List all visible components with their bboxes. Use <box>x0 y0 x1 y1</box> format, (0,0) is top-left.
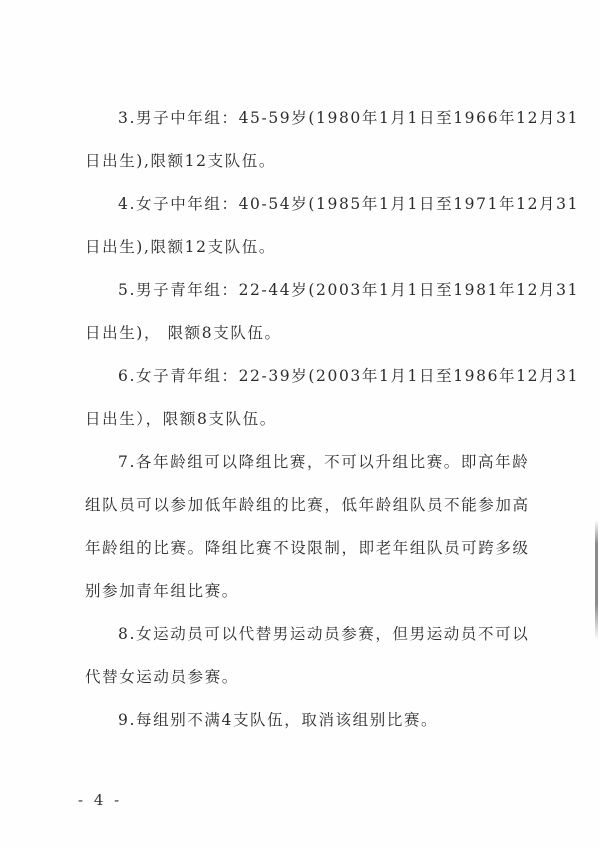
text-line: 8.女运动员可以代替男运动员参赛，但男运动员不可以 <box>118 624 529 644</box>
text-line: 6.女子青年组：22-39岁(2003年1月1日至1986年12月31 <box>118 366 579 386</box>
text-line: 5.男子青年组：22-44岁(2003年1月1日至1981年12月31 <box>118 280 579 300</box>
text-line: 3.男子中年组：45-59岁(1980年1月1日至1966年12月31 <box>118 108 579 128</box>
scan-artifact <box>595 520 598 640</box>
text-line: 7.各年龄组可以降组比赛，不可以升组比赛。即高年龄 <box>118 452 529 472</box>
page-number: - 4 - <box>78 791 122 809</box>
text-line: 别参加青年组比赛。 <box>85 581 239 601</box>
text-line: 9.每组别不满4支队伍，取消该组别比赛。 <box>118 710 438 730</box>
text-line: 日出生)， 限额8支队伍。 <box>85 323 282 343</box>
text-line: 年龄组的比赛。降组比赛不设限制，即老年组队员可跨多级 <box>85 538 530 558</box>
text-line: 代替女运动员参赛。 <box>85 667 239 687</box>
text-line: 日出生），限额8支队伍。 <box>85 409 277 429</box>
text-line: 组队员可以参加低年龄组的比赛，低年龄组队员不能参加高 <box>85 495 530 515</box>
text-line: 4.女子中年组：40-54岁(1985年1月1日至1971年12月31 <box>118 194 579 214</box>
text-line: 日出生),限额12支队伍。 <box>85 237 276 257</box>
document-page: 3.男子中年组：45-59岁(1980年1月1日至1966年12月31 日出生)… <box>0 0 600 848</box>
text-line: 日出生),限额12支队伍。 <box>85 151 276 171</box>
